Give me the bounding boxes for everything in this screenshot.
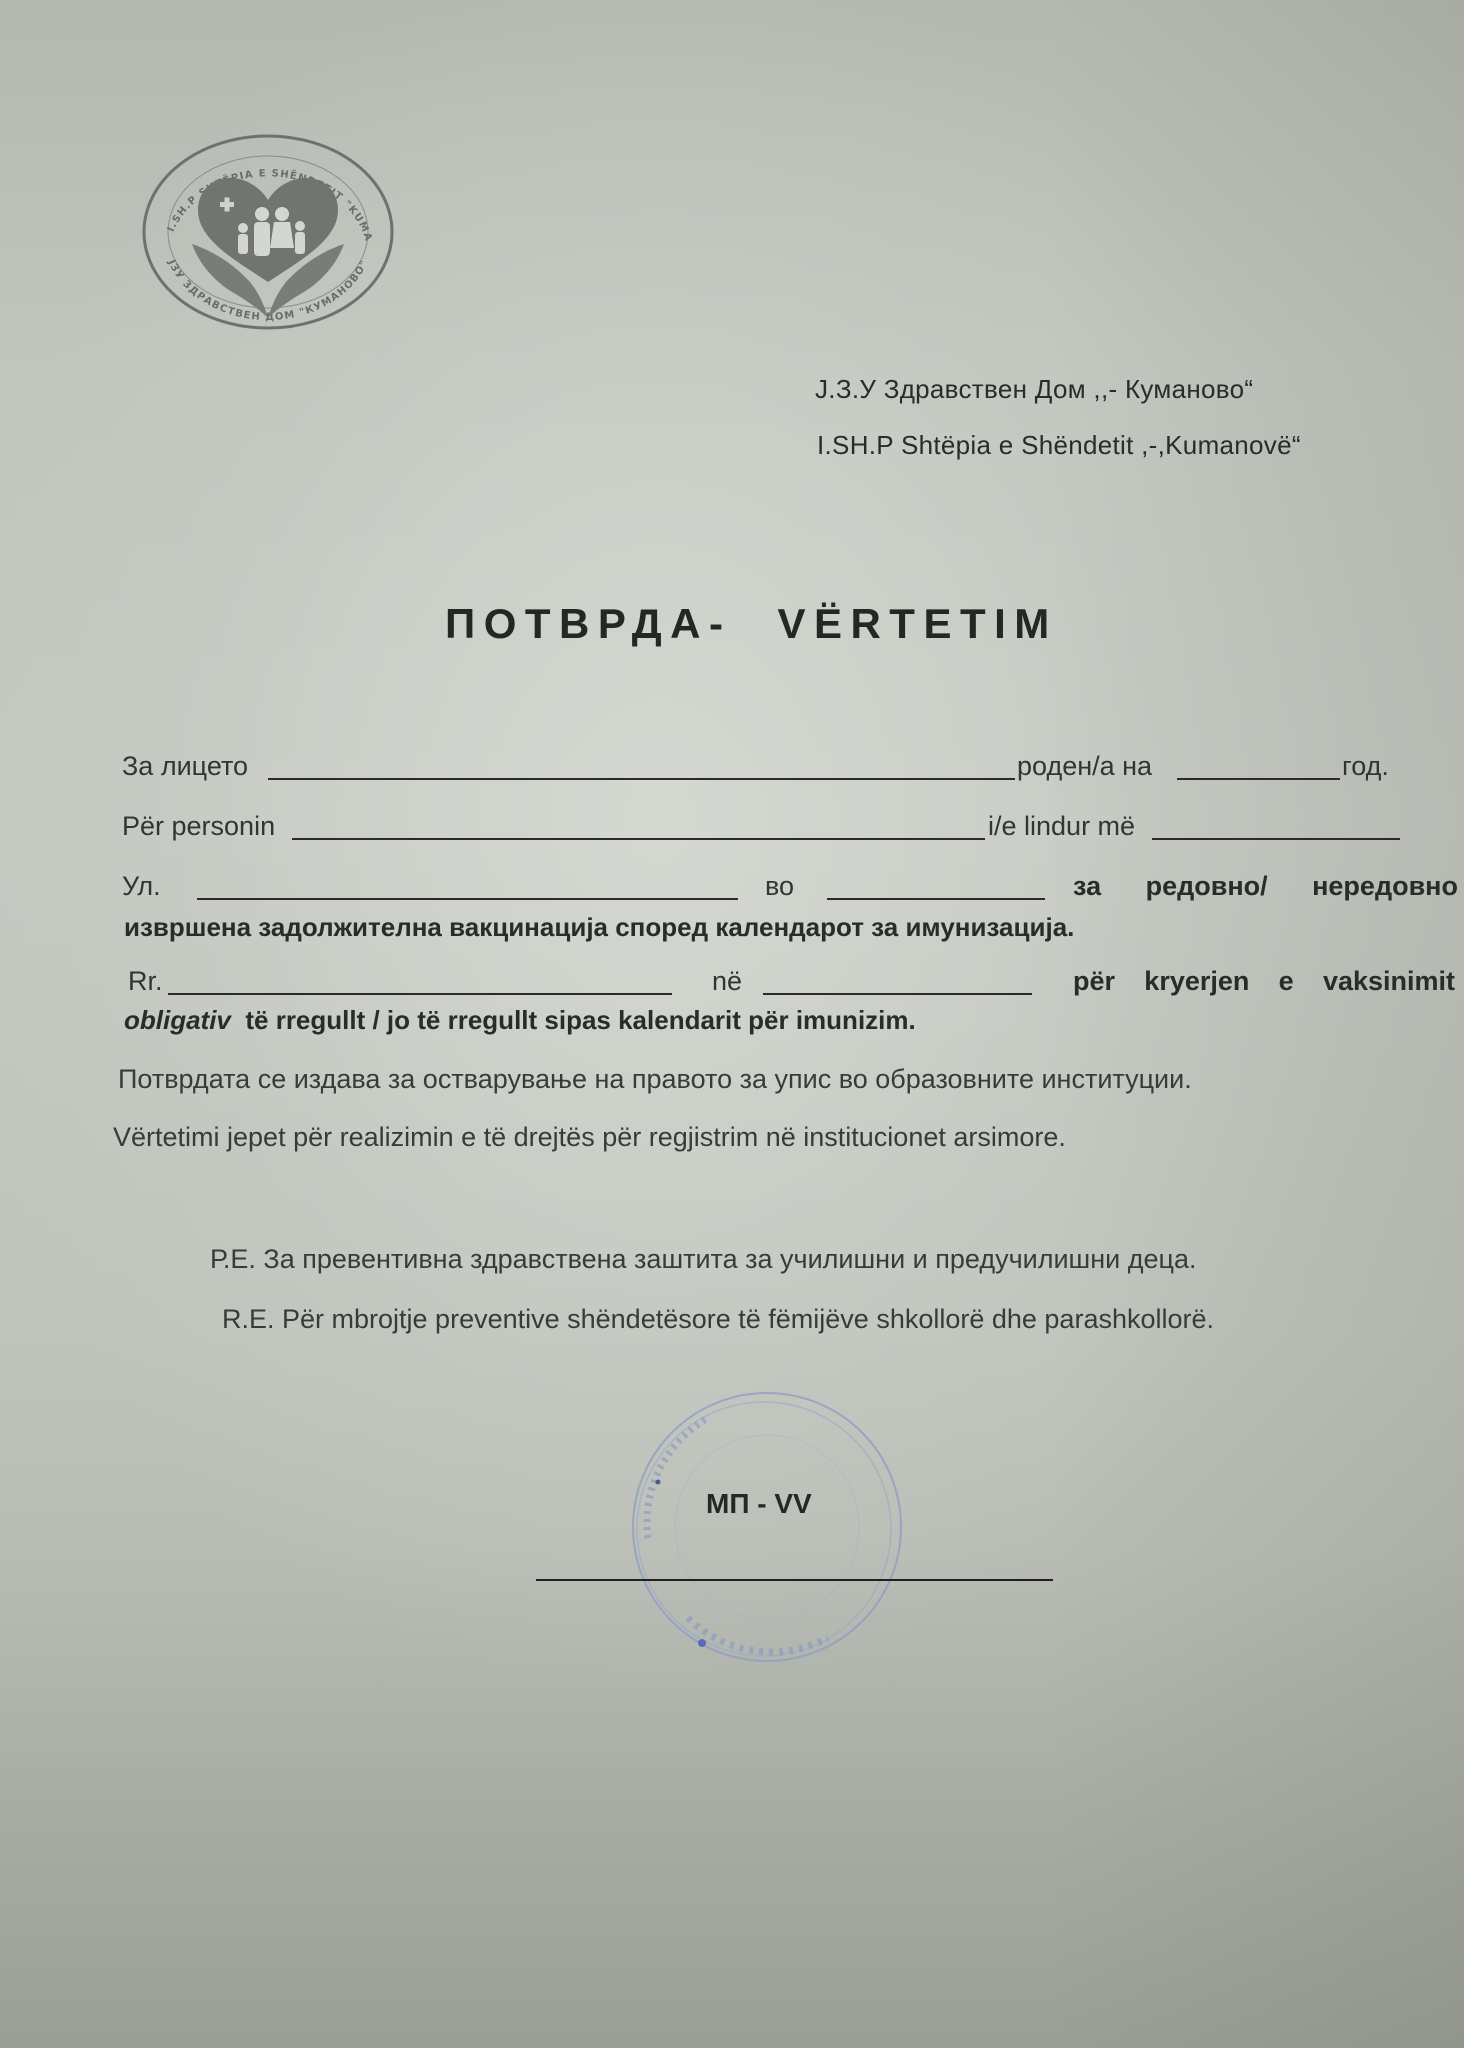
health-center-logo-icon: I.SH.P SHTËPIA E SHËNDETIT "KUMANOVË" ЈЗ… bbox=[140, 132, 396, 332]
label-person-mk: За лицето bbox=[122, 751, 248, 782]
word: за bbox=[1073, 871, 1101, 902]
institution-name-mk: Ј.З.У Здравствен Дом ,,- Куманово“ bbox=[815, 374, 1253, 405]
field-person-name-mk[interactable] bbox=[268, 778, 1015, 780]
title-sq: VËRTETIM bbox=[777, 600, 1057, 647]
paper-shadow-right bbox=[1044, 0, 1464, 2048]
field-city-mk[interactable] bbox=[827, 898, 1045, 900]
label-person-sq: Për personin bbox=[122, 811, 275, 842]
field-birth-year-mk[interactable] bbox=[1177, 778, 1340, 780]
field-city-sq[interactable] bbox=[763, 993, 1032, 995]
word: e bbox=[1279, 966, 1294, 997]
title-mk: ПОТВРДА- bbox=[445, 600, 731, 647]
statement-rest: të rregullt / jo të rregullt sipas kalen… bbox=[231, 1005, 916, 1035]
vaccination-statement-sq: obligativ të rregullt / jo të rregullt s… bbox=[124, 1005, 916, 1036]
label-born-sq: i/e lindur më bbox=[988, 811, 1135, 842]
word: kryerjen bbox=[1144, 966, 1249, 997]
field-birth-date-sq[interactable] bbox=[1152, 838, 1400, 840]
label-in-mk: во bbox=[765, 871, 794, 902]
label-in-sq: në bbox=[712, 966, 742, 997]
unit-text-mk: Р.Е. За превентивна здравствена заштита … bbox=[210, 1244, 1196, 1275]
field-street-mk[interactable] bbox=[197, 898, 738, 900]
label-street-sq: Rr. bbox=[128, 966, 163, 997]
unit-text-sq: R.E. Për mbrojtje preventive shëndetësor… bbox=[222, 1304, 1214, 1335]
form-row-person-mk: За лицето роден/а на год. bbox=[0, 748, 1464, 788]
form-row-address-sq: Rr. në për kryerjen e vaksinimit bbox=[0, 963, 1464, 1003]
signature-line[interactable] bbox=[536, 1579, 1053, 1581]
official-stamp-icon bbox=[628, 1388, 906, 1666]
word: редовно/ bbox=[1146, 871, 1268, 902]
vaccination-performed-sq: për kryerjen e vaksinimit bbox=[1073, 966, 1455, 997]
label-year-mk: год. bbox=[1342, 751, 1389, 782]
word: për bbox=[1073, 966, 1115, 997]
regular-irregular-mk: за редовно/ нередовно bbox=[1073, 871, 1458, 902]
field-street-sq[interactable] bbox=[168, 993, 672, 995]
form-row-person-sq: Për personin i/e lindur më bbox=[0, 808, 1464, 848]
word: нередовно bbox=[1312, 871, 1458, 902]
purpose-text-sq: Vërtetimi jepet për realizimin e të drej… bbox=[113, 1122, 1066, 1153]
institution-name-sq: I.SH.P Shtëpia e Shëndetit ,-,Kumanovë“ bbox=[817, 430, 1301, 461]
field-person-name-sq[interactable] bbox=[292, 838, 985, 840]
obligatory-word: obligativ bbox=[124, 1005, 231, 1035]
label-born-mk: роден/а на bbox=[1017, 751, 1152, 782]
stamp-placeholder-label: МП - VV bbox=[706, 1488, 812, 1520]
form-row-address-mk: Ул. во за редовно/ нередовно bbox=[0, 868, 1464, 908]
vaccination-statement-mk: извршена задолжителна вакцинација според… bbox=[124, 912, 1074, 943]
purpose-text-mk: Потврдата се издава за остварување на пр… bbox=[118, 1064, 1192, 1095]
label-street-mk: Ул. bbox=[122, 871, 161, 902]
document-title: ПОТВРДА-VËRTETIM bbox=[445, 600, 1058, 648]
word: vaksinimit bbox=[1323, 966, 1455, 997]
